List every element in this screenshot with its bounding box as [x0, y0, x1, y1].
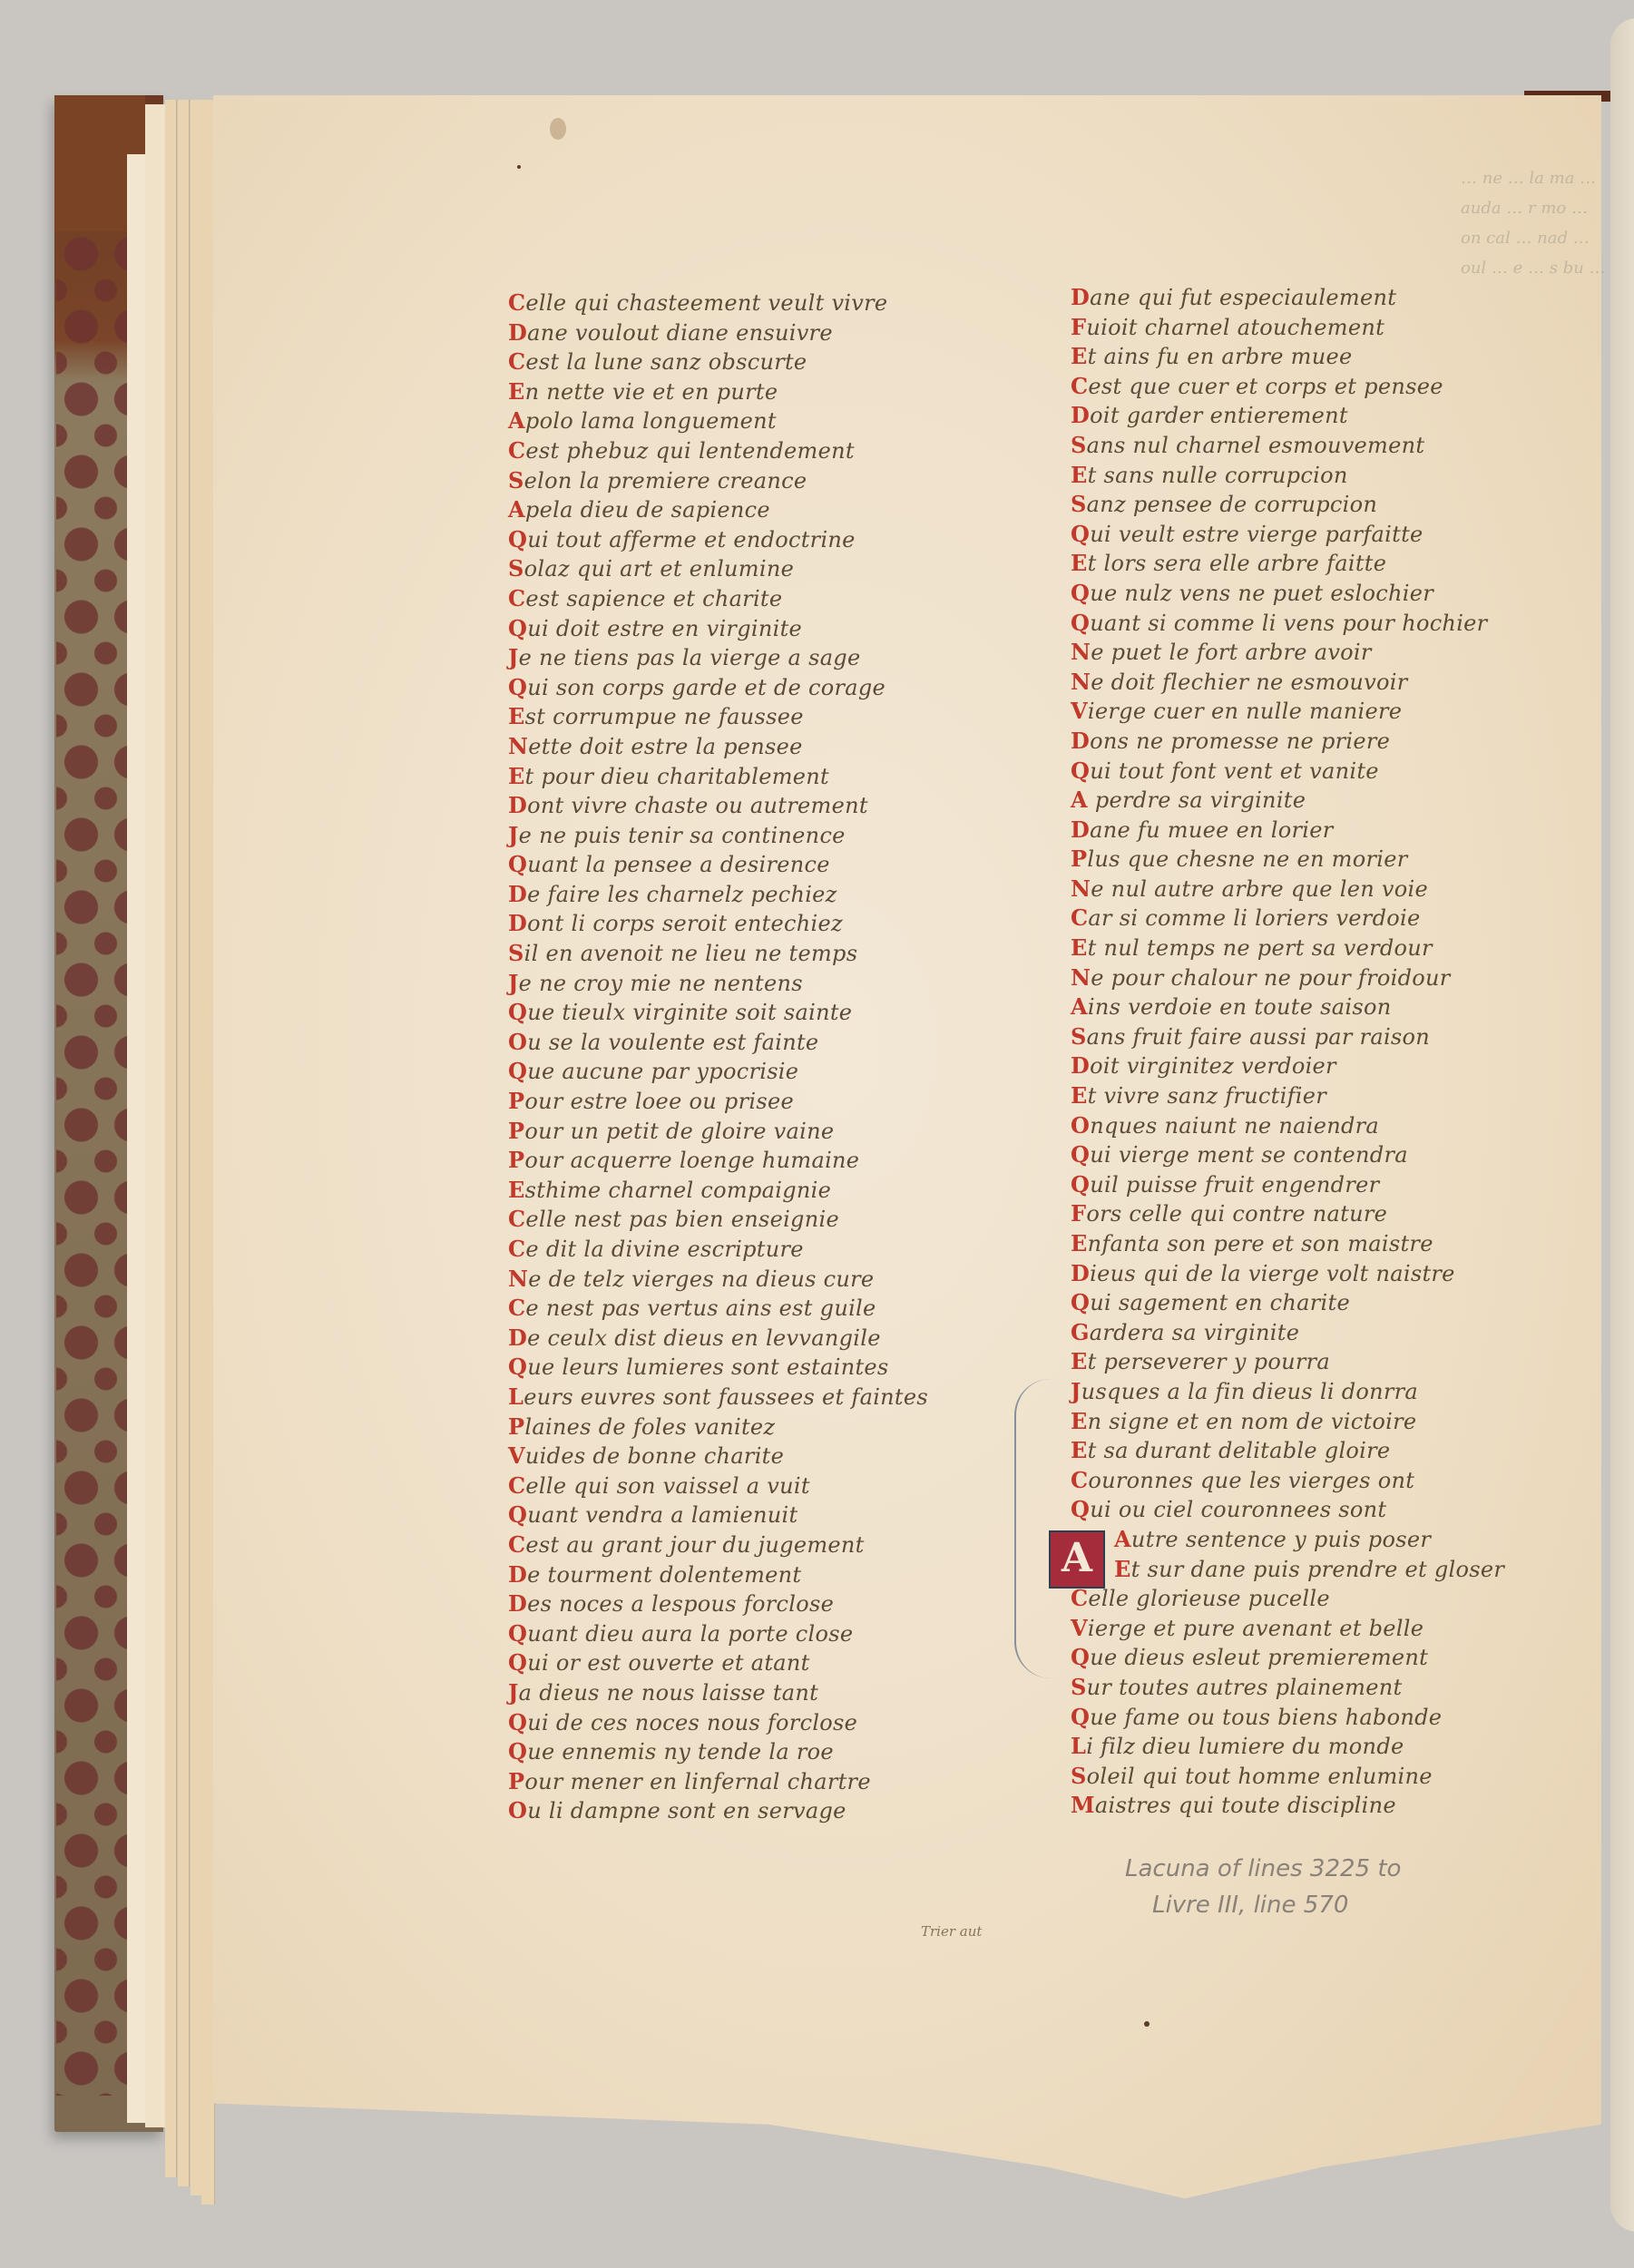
- verse-text: uant si comme li vens pour hochier: [1090, 611, 1487, 636]
- verse-line: En signe et en nom de victoire: [1071, 1407, 1504, 1437]
- verse-text: oleil qui tout homme enlumine: [1087, 1764, 1433, 1789]
- verse-text: t ains fu en arbre muee: [1088, 344, 1353, 369]
- rubricated-initial: S: [1071, 1023, 1087, 1050]
- verse-text: ui de ces noces nous forclose: [527, 1710, 857, 1735]
- rubricated-initial: E: [1114, 1556, 1131, 1582]
- rubricated-initial: P: [508, 1413, 524, 1440]
- rubricated-initial: S: [508, 555, 524, 582]
- rubricated-initial: Q: [1071, 610, 1090, 636]
- rubricated-initial: C: [508, 1472, 525, 1499]
- rubricated-initial: E: [1071, 343, 1088, 369]
- rubricated-initial: M: [1071, 1792, 1095, 1818]
- verse-text: nfanta son pere et son maistre: [1088, 1231, 1433, 1256]
- verse-line: Cest la lune sanz obscurte: [508, 347, 928, 377]
- verse-line: Ce nest pas vertus ains est guile: [508, 1294, 928, 1324]
- verse-text: e faire les charnelz pechiez: [527, 882, 837, 907]
- penwork-flourish: [1014, 1379, 1052, 1678]
- rubricated-initial: N: [508, 1266, 528, 1292]
- verse-text: ue ennemis ny tende la roe: [527, 1739, 834, 1765]
- rubricated-initial: Q: [1071, 758, 1090, 784]
- verse-text: ierge et pure avenant et belle: [1088, 1616, 1424, 1641]
- rubricated-initial: S: [1071, 491, 1087, 517]
- rubricated-initial: D: [508, 910, 527, 936]
- verse-text: our un petit de gloire vaine: [524, 1119, 834, 1144]
- verse-text: e tourment dolentement: [527, 1562, 801, 1588]
- verse-text: elle glorieuse pucelle: [1088, 1586, 1329, 1611]
- rubricated-initial: Q: [508, 1058, 527, 1084]
- verse-text: laines de foles vanitez: [524, 1414, 775, 1440]
- verse-text: uant vendra a lamienuit: [527, 1502, 797, 1528]
- rubricated-initial: O: [1071, 1112, 1090, 1139]
- rubricated-initial: E: [1071, 550, 1088, 576]
- rubricated-initial: S: [1071, 1674, 1087, 1700]
- verse-line: Dane fu muee en lorier: [1071, 816, 1504, 846]
- verse-line: Couronnes que les vierges ont: [1071, 1466, 1504, 1496]
- verse-line: Qui veult estre vierge parfaitte: [1071, 520, 1504, 550]
- verse-text: e nul autre arbre que len voie: [1091, 876, 1428, 902]
- endpaper: [145, 104, 166, 2127]
- rubricated-initial: Q: [508, 526, 527, 552]
- rubricated-initial: S: [508, 940, 524, 966]
- verse-line: Ja dieus ne nous laisse tant: [508, 1678, 928, 1708]
- rubricated-initial: C: [1071, 1467, 1088, 1493]
- rubricated-initial: S: [1071, 1763, 1087, 1789]
- rubricated-initial: D: [1071, 402, 1090, 428]
- rubricated-initial: Q: [1071, 1141, 1090, 1168]
- verse-line: Et perseverer y pourra: [1071, 1347, 1504, 1377]
- verse-text: t sa durant delitable gloire: [1088, 1438, 1391, 1463]
- rubricated-initial: O: [508, 1797, 527, 1823]
- verse-text: uioit charnel atouchement: [1086, 315, 1384, 340]
- rubricated-initial: Q: [1071, 521, 1090, 547]
- verse-line: Et vivre sanz fructifier: [1071, 1081, 1504, 1111]
- rubricated-initial: D: [508, 1561, 527, 1588]
- verse-text: est phebuz qui lentendement: [525, 438, 854, 464]
- verse-line: Selon la premiere creance: [508, 466, 928, 496]
- verse-text: uant la pensee a desirence: [527, 852, 830, 877]
- rubricated-initial: C: [508, 1531, 525, 1558]
- verse-line: Pour acquerre loenge humaine: [508, 1146, 928, 1176]
- verse-text: st corrumpue ne faussee: [525, 704, 804, 729]
- verse-text: e ne tiens pas la vierge a sage: [519, 645, 861, 670]
- verse-text: e ceulx dist dieus en levvangile: [527, 1325, 881, 1351]
- verse-text: e dit la divine escripture: [525, 1237, 803, 1262]
- verse-text: t nul temps ne pert sa verdour: [1088, 935, 1433, 961]
- verse-line: Qui doit estre en virginite: [508, 614, 928, 644]
- verse-line: Vierge et pure avenant et belle: [1071, 1614, 1504, 1644]
- verse-text: lus que chesne ne en morier: [1087, 846, 1407, 872]
- right-text-column: Dane qui fut especiaulementFuioit charne…: [1071, 283, 1504, 1821]
- verse-line: Pour mener en linfernal chartre: [508, 1767, 928, 1797]
- rubricated-initial: Q: [508, 1501, 527, 1528]
- verse-line: Leurs euvres sont faussees et faintes: [508, 1383, 928, 1413]
- verse-line: Et sa durant delitable gloire: [1071, 1436, 1504, 1466]
- verse-text: ue nulz vens ne puet eslochier: [1090, 581, 1433, 606]
- rubricated-initial: D: [1071, 816, 1090, 843]
- verse-text: anz pensee de corrupcion: [1087, 492, 1378, 517]
- rubricated-initial: J: [1071, 1378, 1081, 1404]
- verse-line: Qui tout afferme et endoctrine: [508, 525, 928, 555]
- pencil-note: Lacuna of lines 3225 to: [1125, 1855, 1401, 1882]
- verse-text: ane qui fut especiaulement: [1090, 285, 1396, 310]
- verse-line: Enfanta son pere et son maistre: [1071, 1229, 1504, 1259]
- verse-text: ane fu muee en lorier: [1090, 817, 1333, 843]
- verse-line: Vierge cuer en nulle maniere: [1071, 697, 1504, 727]
- rubricated-initial: Q: [508, 1738, 527, 1765]
- verse-text: oit virginitez verdoier: [1090, 1053, 1336, 1079]
- verse-text: n signe et en nom de victoire: [1088, 1409, 1417, 1434]
- verse-text: ierge cuer en nulle maniere: [1088, 699, 1402, 724]
- verse-text: est que cuer et corps et pensee: [1088, 374, 1443, 399]
- verse-line: De ceulx dist dieus en levvangile: [508, 1324, 928, 1354]
- rubricated-initial: V: [1071, 1615, 1088, 1641]
- verse-text: es noces a lespous forclose: [527, 1591, 834, 1617]
- verse-line: Celle nest pas bien enseignie: [508, 1205, 928, 1235]
- verse-line: Sanz pensee de corrupcion: [1071, 490, 1504, 520]
- verse-line: Je ne croy mie ne nentens: [508, 969, 928, 999]
- rubricated-initial: P: [508, 1088, 524, 1114]
- verse-line: Qui ou ciel couronnees sont: [1071, 1495, 1504, 1525]
- rubricated-initial: A: [1071, 993, 1088, 1020]
- verse-text: n nette vie et en purte: [525, 379, 778, 405]
- verse-line: Ne doit flechier ne esmouvoir: [1071, 668, 1504, 698]
- verse-text: ouronnes que les vierges ont: [1088, 1468, 1414, 1493]
- rubricated-initial: E: [1071, 1348, 1088, 1374]
- rubricated-initial: C: [508, 1206, 525, 1232]
- rubricated-initial: E: [1071, 1230, 1088, 1256]
- verse-text: ue aucune par ypocrisie: [527, 1059, 798, 1084]
- verse-text: ors celle qui contre nature: [1086, 1201, 1387, 1227]
- verse-line: Pour estre loee ou prisee: [508, 1087, 928, 1117]
- rubricated-initial: Q: [1071, 1289, 1090, 1315]
- verse-text: elle nest pas bien enseignie: [525, 1207, 839, 1232]
- verse-line: Que ennemis ny tende la roe: [508, 1737, 928, 1767]
- rubricated-initial: A: [508, 407, 525, 434]
- verse-line: Dont vivre chaste ou autrement: [508, 791, 928, 821]
- verse-text: olaz qui art et enlumine: [524, 556, 794, 582]
- verse-line: Fuioit charnel atouchement: [1071, 313, 1504, 343]
- catchword: Trier aut: [921, 1923, 982, 1940]
- rubricated-initial: C: [508, 1236, 525, 1262]
- verse-line: Et nul temps ne pert sa verdour: [1071, 934, 1504, 963]
- verse-text: sthime charnel compaignie: [525, 1178, 832, 1203]
- verse-text: ette doit estre la pensee: [528, 734, 802, 759]
- verse-line: Que leurs lumieres sont estaintes: [508, 1353, 928, 1383]
- verse-line: Apolo lama longuement: [508, 406, 928, 436]
- rubricated-initial: J: [508, 970, 519, 996]
- verse-line: Vuides de bonne charite: [508, 1442, 928, 1471]
- verse-line: Quant dieu aura la porte close: [508, 1619, 928, 1649]
- verse-line: Et pour dieu charitablement: [508, 762, 928, 792]
- verse-line: Doit garder entierement: [1071, 401, 1504, 431]
- verse-line: Doit virginitez verdoier: [1071, 1051, 1504, 1081]
- verse-text: ui ou ciel couronnees sont: [1090, 1497, 1386, 1522]
- verse-text: our acquerre loenge humaine: [524, 1148, 859, 1173]
- page-edge: [178, 100, 190, 2186]
- verse-text: ui veult estre vierge parfaitte: [1090, 522, 1423, 547]
- verse-text: u se la voulente est fainte: [527, 1030, 818, 1055]
- rubricated-initial: C: [508, 1295, 525, 1321]
- verse-line: Et sans nulle corrupcion: [1071, 461, 1504, 491]
- verse-text: t perseverer y pourra: [1088, 1349, 1330, 1374]
- rubricated-initial: Q: [1071, 1171, 1090, 1198]
- verse-line: Dont li corps seroit entechiez: [508, 909, 928, 939]
- verse-line: Esthime charnel compaignie: [508, 1176, 928, 1206]
- verse-line: Qui vierge ment se contendra: [1071, 1140, 1504, 1170]
- verse-text: aistres qui toute discipline: [1095, 1793, 1396, 1818]
- rubricated-initial: Q: [508, 615, 527, 641]
- verse-text: t sans nulle corrupcion: [1088, 463, 1348, 488]
- verse-text: u li dampne sont en servage: [527, 1798, 846, 1823]
- rubricated-initial: L: [508, 1383, 523, 1410]
- verse-text: t pour dieu charitablement: [525, 764, 829, 789]
- verse-line: Quant la pensee a desirence: [508, 850, 928, 880]
- verse-text: e nest pas vertus ains est guile: [525, 1295, 876, 1321]
- verse-line: Quil puisse fruit engendrer: [1071, 1170, 1504, 1200]
- verse-line: Plaines de foles vanitez: [508, 1413, 928, 1442]
- verse-text: pela dieu de sapience: [525, 497, 770, 523]
- verse-text: eurs euvres sont faussees et faintes: [523, 1384, 928, 1410]
- rubricated-initial: D: [1071, 1052, 1090, 1079]
- verse-line: De tourment dolentement: [508, 1560, 928, 1590]
- rubricated-initial: Q: [1071, 1704, 1090, 1730]
- rubricated-initial: C: [1071, 904, 1088, 931]
- verse-text: est la lune sanz obscurte: [525, 349, 807, 375]
- rubricated-initial: D: [508, 792, 527, 818]
- rubricated-initial: E: [508, 1177, 525, 1203]
- rubricated-initial: Q: [1071, 580, 1090, 606]
- rubricated-initial: D: [508, 319, 527, 346]
- verse-text: ue tieulx virginite soit sainte: [527, 1000, 852, 1025]
- verse-line: Sur toutes autres plainement: [1071, 1673, 1504, 1703]
- verse-line: Ce dit la divine escripture: [508, 1235, 928, 1265]
- verse-line: Dane qui fut especiaulement: [1071, 283, 1504, 313]
- rubricated-initial: C: [1071, 1585, 1088, 1611]
- verse-text: utre sentence y puis poser: [1131, 1527, 1431, 1552]
- rubricated-initial: N: [1071, 964, 1091, 991]
- verse-line: Ne nul autre arbre que len voie: [1071, 875, 1504, 904]
- rubricated-initial: C: [508, 289, 525, 316]
- verse-line: Dane voulout diane ensuivre: [508, 318, 928, 348]
- verse-text: ans nul charnel esmouvement: [1087, 433, 1425, 458]
- verse-text: ue leurs lumieres sont estaintes: [527, 1354, 888, 1380]
- rubricated-initial: C: [508, 585, 525, 611]
- verse-line: Qui tout font vent et vanite: [1071, 757, 1504, 787]
- rubricated-initial: Q: [508, 674, 527, 700]
- verse-line: Ne de telz vierges na dieus cure: [508, 1265, 928, 1295]
- rubricated-initial: A: [1114, 1526, 1131, 1552]
- verse-text: t lors sera elle arbre faitte: [1088, 551, 1387, 576]
- rubricated-initial: J: [508, 1679, 519, 1706]
- verse-line: Pour un petit de gloire vaine: [508, 1117, 928, 1147]
- verse-text: elle qui son vaissel a vuit: [525, 1473, 809, 1499]
- verse-line: Et sur dane puis prendre et gloser: [1071, 1555, 1504, 1585]
- verse-text: usques a la fin dieus li donrra: [1081, 1379, 1418, 1404]
- verse-text: ui vierge ment se contendra: [1090, 1142, 1408, 1168]
- verse-text: e ne croy mie ne nentens: [519, 971, 803, 996]
- rubricated-initial: L: [1071, 1733, 1086, 1759]
- verse-line: Quant vendra a lamienuit: [508, 1501, 928, 1530]
- verse-line: Sans nul charnel esmouvement: [1071, 431, 1504, 461]
- verse-line: Je ne tiens pas la vierge a sage: [508, 643, 928, 673]
- verse-text: il en avenoit ne lieu ne temps: [524, 941, 858, 966]
- verse-line: Fors celle qui contre nature: [1071, 1199, 1504, 1229]
- rubricated-initial: Q: [508, 1649, 527, 1676]
- verse-line: A perdre sa virginite: [1071, 786, 1504, 816]
- rubricated-initial: J: [508, 822, 519, 848]
- verse-line: Plus que chesne ne en morier: [1071, 845, 1504, 875]
- verse-line: Onques naiunt ne naiendra: [1071, 1111, 1504, 1141]
- verse-text: elle qui chasteement veult vivre: [525, 290, 887, 316]
- verse-line: Et lors sera elle arbre faitte: [1071, 549, 1504, 579]
- verse-line: Sans fruit faire aussi par raison: [1071, 1022, 1504, 1052]
- rubricated-initial: A: [508, 496, 525, 523]
- verse-text: perdre sa virginite: [1088, 787, 1306, 813]
- verse-text: ue dieus esleut premierement: [1090, 1645, 1428, 1670]
- verse-line: Cest que cuer et corps et pensee: [1071, 372, 1504, 402]
- verse-line: Ne puet le fort arbre avoir: [1071, 638, 1504, 668]
- verse-line: Des noces a lespous forclose: [508, 1589, 928, 1619]
- rubricated-initial: F: [1071, 1200, 1086, 1227]
- rubricated-initial: D: [508, 881, 527, 907]
- verse-text: est au grant jour du jugement: [525, 1532, 864, 1558]
- rubricated-initial: E: [508, 703, 525, 729]
- verse-text: ui tout afferme et endoctrine: [527, 527, 855, 552]
- facing-leaf: [1610, 18, 1634, 2232]
- verse-text: ue fame ou tous biens habonde: [1090, 1705, 1442, 1730]
- verse-line: Li filz dieu lumiere du monde: [1071, 1732, 1504, 1762]
- rubricated-initial: C: [1071, 373, 1088, 399]
- verse-line: Et ains fu en arbre muee: [1071, 342, 1504, 372]
- verse-text: t vivre sanz fructifier: [1088, 1083, 1326, 1109]
- rubricated-initial: E: [1071, 1437, 1088, 1463]
- rubricated-initial: E: [508, 378, 525, 405]
- ink-dot: [517, 165, 521, 169]
- verse-text: oit garder entierement: [1090, 403, 1348, 428]
- verse-line: Ne pour chalour ne pour froidour: [1071, 963, 1504, 993]
- rubricated-initial: V: [1071, 698, 1088, 724]
- verse-line: Celle glorieuse pucelle: [1071, 1584, 1504, 1614]
- verse-line: En nette vie et en purte: [508, 377, 928, 407]
- rubricated-initial: Q: [508, 1709, 527, 1735]
- verse-line: Apela dieu de sapience: [508, 495, 928, 525]
- verse-line: De faire les charnelz pechiez: [508, 880, 928, 910]
- rubricated-initial: N: [508, 733, 528, 759]
- rubricated-initial: P: [508, 1118, 524, 1144]
- rubricated-initial: N: [1071, 669, 1091, 695]
- verse-line: Je ne puis tenir sa continence: [508, 821, 928, 851]
- verse-line: Nette doit estre la pensee: [508, 732, 928, 762]
- verse-text: our estre loee ou prisee: [524, 1089, 794, 1114]
- rubricated-initial: Q: [1071, 1644, 1090, 1670]
- rubricated-initial: D: [508, 1325, 527, 1351]
- ink-dot: [1144, 2021, 1150, 2027]
- verse-text: ur toutes autres plainement: [1087, 1675, 1403, 1700]
- verse-text: e de telz vierges na dieus cure: [528, 1266, 874, 1292]
- verse-text: nques naiunt ne naiendra: [1090, 1113, 1379, 1139]
- verse-text: uant dieu aura la porte close: [527, 1621, 853, 1647]
- verse-text: e puet le fort arbre avoir: [1091, 640, 1371, 665]
- rubricated-initial: Q: [508, 1354, 527, 1380]
- verse-line: Soleil qui tout homme enlumine: [1071, 1762, 1504, 1792]
- verse-text: ui sagement en charite: [1090, 1290, 1350, 1315]
- rubricated-initial: E: [508, 763, 525, 789]
- verse-text: t sur dane puis prendre et gloser: [1131, 1557, 1505, 1582]
- rubricated-initial: P: [508, 1768, 524, 1794]
- rubricated-initial: E: [1071, 1082, 1088, 1109]
- left-text-column: Celle qui chasteement veult vivreDane vo…: [508, 288, 928, 1826]
- verse-text: a dieus ne nous laisse tant: [519, 1680, 818, 1706]
- verse-text: i filz dieu lumiere du monde: [1086, 1734, 1404, 1759]
- rubricated-initial: N: [1071, 639, 1091, 665]
- verse-line: Cest sapience et charite: [508, 584, 928, 614]
- rubricated-initial: D: [1071, 728, 1090, 754]
- verse-text: uil puisse fruit engendrer: [1090, 1172, 1379, 1198]
- rubricated-initial: N: [1071, 875, 1091, 902]
- rubricated-initial: E: [1071, 934, 1088, 961]
- verse-text: ont li corps seroit entechiez: [527, 911, 843, 936]
- verse-text: ins verdoie en toute saison: [1088, 994, 1392, 1020]
- verse-line: Que tieulx virginite soit sainte: [508, 998, 928, 1028]
- rubricated-initial: J: [508, 644, 519, 670]
- verse-line: Quant si comme li vens pour hochier: [1071, 609, 1504, 639]
- page-edge: [165, 100, 177, 2177]
- verse-text: ui doit estre en virginite: [527, 616, 802, 641]
- verse-line: Que aucune par ypocrisie: [508, 1057, 928, 1087]
- verse-text: ons ne promesse ne priere: [1090, 728, 1390, 754]
- verse-line: Cest phebuz qui lentendement: [508, 436, 928, 466]
- verse-line: Que dieus esleut premierement: [1071, 1643, 1504, 1673]
- verse-line: Solaz qui art et enlumine: [508, 554, 928, 584]
- rubricated-initial: S: [508, 467, 524, 494]
- verse-line: Ou li dampne sont en servage: [508, 1796, 928, 1826]
- verse-line: Cest au grant jour du jugement: [508, 1530, 928, 1560]
- rubricated-initial: D: [1071, 1260, 1090, 1286]
- rubricated-initial: F: [1071, 314, 1086, 340]
- verse-text: ar si comme li loriers verdoie: [1088, 905, 1420, 931]
- rubricated-initial: Q: [508, 1620, 527, 1647]
- pencil-note: Livre III, line 570: [1152, 1892, 1348, 1919]
- verse-line: Celle qui chasteement veult vivre: [508, 288, 928, 318]
- verse-text: elon la premiere creance: [524, 468, 807, 494]
- verse-line: Que fame ou tous biens habonde: [1071, 1703, 1504, 1733]
- verse-text: e doit flechier ne esmouvoir: [1091, 670, 1407, 695]
- verse-text: ont vivre chaste ou autrement: [527, 793, 868, 818]
- verse-line: Est corrumpue ne faussee: [508, 702, 928, 732]
- rubricated-initial: E: [1071, 1408, 1088, 1434]
- rubricated-initial: Q: [508, 999, 527, 1025]
- rubricated-initial: A: [1071, 787, 1088, 813]
- verse-text: polo lama longuement: [525, 408, 777, 434]
- verse-line: Sil en avenoit ne lieu ne temps: [508, 939, 928, 969]
- rubricated-initial: E: [1071, 462, 1088, 488]
- verse-line: Celle qui son vaissel a vuit: [508, 1471, 928, 1501]
- rubricated-initial: V: [508, 1442, 525, 1469]
- verse-line: Qui de ces noces nous forclose: [508, 1708, 928, 1738]
- verse-text: ardera sa virginite: [1090, 1320, 1299, 1345]
- verse-line: Qui or est ouverte et atant: [508, 1648, 928, 1678]
- verse-line: Qui sagement en charite: [1071, 1288, 1504, 1318]
- verse-text: ieus qui de la vierge volt naistre: [1090, 1261, 1455, 1286]
- verse-line: Ou se la voulente est fainte: [508, 1028, 928, 1058]
- rubricated-initial: P: [508, 1147, 524, 1173]
- verse-text: e ne puis tenir sa continence: [519, 823, 846, 848]
- verse-line: Gardera sa virginite: [1071, 1318, 1504, 1348]
- verse-line: Dons ne promesse ne priere: [1071, 727, 1504, 757]
- verse-text: ans fruit faire aussi par raison: [1087, 1024, 1430, 1050]
- verse-line: Autre sentence y puis poser: [1071, 1525, 1504, 1555]
- verse-line: Maistres qui toute discipline: [1071, 1791, 1504, 1821]
